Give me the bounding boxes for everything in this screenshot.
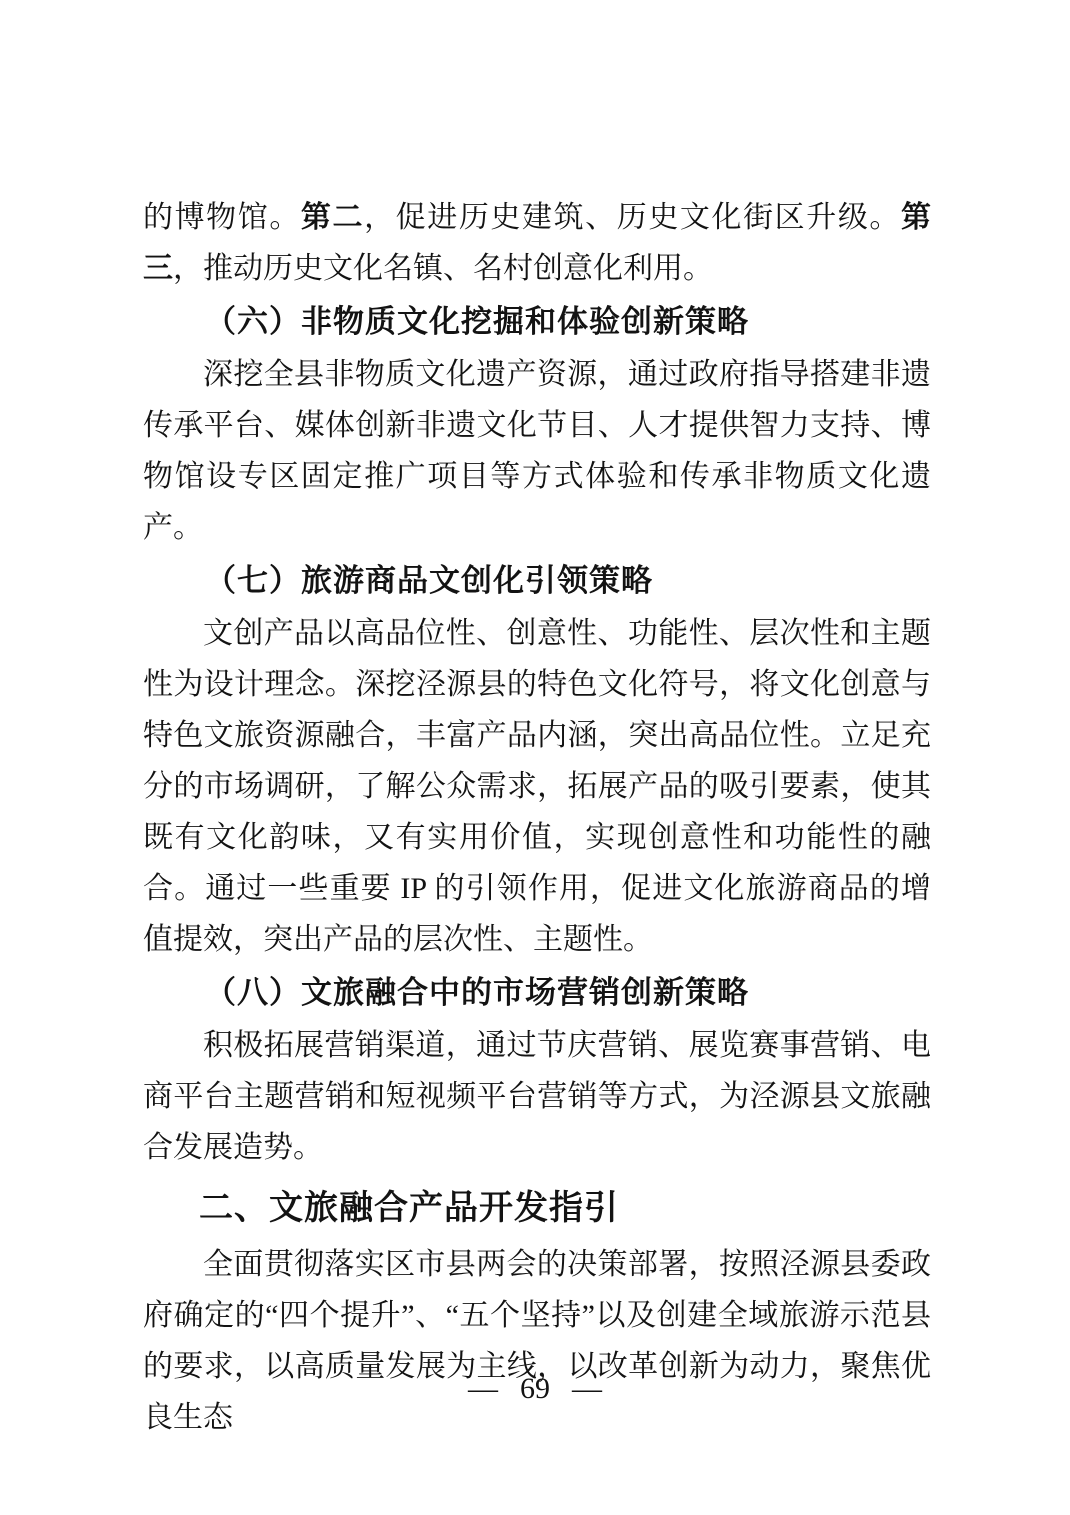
emphasis-text: 第二: [301, 201, 364, 234]
document-page: 的博物馆。第二，促进历史建筑、历史文化街区升级。第三，推动历史文化名镇、名村创意…: [0, 0, 1070, 1515]
section-heading: （八）文旅融合中的市场营销创新策略: [143, 967, 931, 1018]
body-text: ，推动历史文化名镇、名村创意化利用。: [173, 252, 713, 285]
paragraph: 深挖全县非物质文化遗产资源，通过政府指导搭建非遗传承平台、媒体创新非遗文化节目、…: [143, 349, 931, 553]
emphasis-text: （八）文旅融合中的市场营销创新策略: [205, 975, 749, 1010]
emphasis-text: （七）旅游商品文创化引领策略: [205, 563, 653, 598]
paragraph: 文创产品以高品位性、创意性、功能性、层次性和主题性为设计理念。深挖泾源县的特色文…: [143, 608, 931, 965]
document-body: 的博物馆。第二，促进历史建筑、历史文化街区升级。第三，推动历史文化名镇、名村创意…: [143, 192, 931, 1443]
section-heading: （七）旅游商品文创化引领策略: [143, 555, 931, 606]
footer-right-dash: —: [572, 1372, 602, 1406]
body-text: 全面贯彻落实区市县两会的决策部署，按照泾源县委政府确定的“四个提升”、“五个坚持…: [143, 1248, 931, 1434]
paragraph: 全面贯彻落实区市县两会的决策部署，按照泾源县委政府确定的“四个提升”、“五个坚持…: [143, 1239, 931, 1443]
page-footer: —69—: [0, 1372, 1070, 1406]
footer-left-dash: —: [468, 1372, 498, 1406]
body-text: 积极拓展营销渠道，通过节庆营销、展览赛事营销、电商平台主题营销和短视频平台营销等…: [143, 1029, 931, 1164]
emphasis-text: （六）非物质文化挖掘和体验创新策略: [205, 304, 749, 339]
paragraph: 的博物馆。第二，促进历史建筑、历史文化街区升级。第三，推动历史文化名镇、名村创意…: [143, 192, 931, 294]
body-text: 文创产品以高品位性、创意性、功能性、层次性和主题性为设计理念。深挖泾源县的特色文…: [143, 617, 931, 956]
section-heading: 二、文旅融合产品开发指引: [143, 1183, 931, 1234]
body-text: 深挖全县非物质文化遗产资源，通过政府指导搭建非遗传承平台、媒体创新非遗文化节目、…: [143, 358, 931, 544]
body-text: 的博物馆。: [143, 201, 301, 234]
emphasis-text: 二、文旅融合产品开发指引: [199, 1189, 619, 1227]
body-text: ，促进历史建筑、历史文化街区升级。: [364, 201, 901, 234]
page-number: 69: [520, 1372, 550, 1405]
paragraph: 积极拓展营销渠道，通过节庆营销、展览赛事营销、电商平台主题营销和短视频平台营销等…: [143, 1020, 931, 1173]
section-heading: （六）非物质文化挖掘和体验创新策略: [143, 296, 931, 347]
